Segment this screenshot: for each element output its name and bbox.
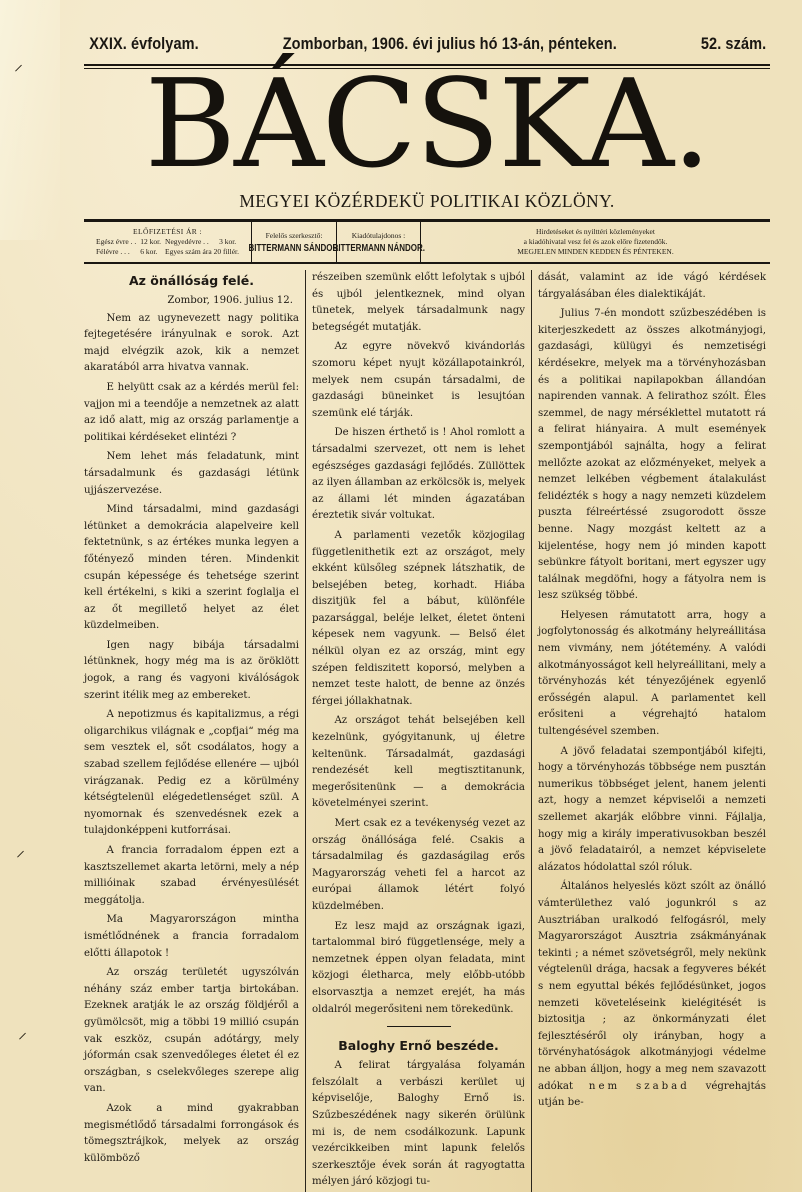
paragraph: A nepotizmus és kapitalizmus, a régi oli… <box>84 707 299 840</box>
masthead: BÁCSKA. <box>84 59 770 189</box>
editor-label: Felelős szerkesztő: <box>266 231 323 240</box>
article-body: Nem az ugynevezett nagy politika fejtege… <box>84 311 299 1168</box>
ads-line: a kiadóhivatal vesz fel és azok előre fi… <box>524 237 668 247</box>
paragraph: részeiben szemünk előtt lefolytak s ujbó… <box>312 270 525 336</box>
paragraph: A parlamenti vezetők közjogilag függetle… <box>312 528 525 711</box>
paragraph: Nem az ugynevezett nagy politika fejtege… <box>84 311 299 377</box>
article-continuation: részeiben szemünk előtt lefolytak s ujbó… <box>312 270 525 1018</box>
paragraph: A jövő feladatai szempontjából kifejti, … <box>538 744 766 877</box>
article-body: A felirat tárgyalása folyamán felszólalt… <box>312 1058 525 1191</box>
price-cell: Félévre . . . <box>94 247 138 257</box>
paragraph: Az ország területét ugyszólván néhány sz… <box>84 965 299 1098</box>
paragraph: De hiszen érthető is ! Ahol romlott a tá… <box>312 425 525 525</box>
article-columns: Az önállóság felé. Zombor, 1906. julius … <box>84 270 770 1192</box>
margin-tick-mark: ⸝ <box>18 1020 27 1044</box>
article-title: Baloghy Ernő beszéde. <box>312 1037 525 1055</box>
paragraph: Mind társadalmi, mind gazdasági létünket… <box>84 502 299 635</box>
article-dateline: Zombor, 1906. julius 12. <box>84 293 299 310</box>
issue-number: 52. szám. <box>701 30 766 58</box>
publisher-name: BITTERMANN NÁNDOR. <box>332 243 424 254</box>
publication-schedule: MEGJELEN MINDEN KEDDEN ÉS PÉNTEKEN. <box>517 247 673 257</box>
paper-fold-shadow <box>0 0 60 240</box>
paragraph: Julius 7-én mondott szűzbeszédében is ki… <box>538 306 766 605</box>
emphasized-text: nem szabad <box>573 1081 706 1092</box>
publisher-label: Kiadótulajdonos : <box>352 231 406 240</box>
price-cell: Egész évre . . <box>94 237 138 247</box>
price-cell: 6 kor. <box>138 247 163 257</box>
price-table: Egész évre . . 12 kor. Negyedévre . . 3 … <box>94 237 241 257</box>
paragraph: Nem lehet más feladatunk, mint társadalm… <box>84 449 299 499</box>
paragraph: A felirat tárgyalása folyamán felszólalt… <box>312 1058 525 1191</box>
ads-line: Hirdetéseket és nyilttéri közleményeket <box>536 227 655 237</box>
column-2: részeiben szemünk előtt lefolytak s ujbó… <box>305 270 531 1192</box>
publisher-info: Kiadótulajdonos : BITTERMANN NÁNDOR. <box>337 222 421 262</box>
paragraph: Általános helyeslés közt szólt az önálló… <box>538 879 766 1111</box>
subscription-heading: ELŐFIZETÉSI ÁR : <box>133 227 202 237</box>
paragraph: Mert csak ez a tevékenység vezet az orsz… <box>312 816 525 916</box>
paragraph: Azok a mind gyakrabban megismétlődő társ… <box>84 1101 299 1167</box>
article-separator <box>387 1026 451 1027</box>
price-cell: Negyedévre . . <box>163 237 217 247</box>
paragraph: Az egyre növekvő kivándorlás szomoru kép… <box>312 339 525 422</box>
article-continuation: dását, valamint az ide vágó kérdések tár… <box>538 270 766 1112</box>
paragraph: Helyesen rámutatott arra, hogy a jogfoly… <box>538 608 766 741</box>
column-1: Az önállóság felé. Zombor, 1906. julius … <box>84 270 305 1192</box>
advertising-info: Hirdetéseket és nyilttéri közleményeket … <box>421 222 770 262</box>
paragraph: dását, valamint az ide vágó kérdések tár… <box>538 270 766 303</box>
article-title: Az önállóság felé. <box>84 272 299 290</box>
paragraph: E helyütt csak az a kérdés merül fel: va… <box>84 380 299 446</box>
newspaper-page: XXIX. évfolyam. Zomborban, 1906. évi jul… <box>84 30 770 1192</box>
paragraph: Az országot tehát belsejében kell kezeln… <box>312 713 525 813</box>
editor-name: BITTERMANN SÁNDOR. <box>248 243 340 254</box>
column-3: dását, valamint az ide vágó kérdések tár… <box>531 270 766 1192</box>
price-cell: 12 kor. <box>138 237 163 247</box>
price-row: Félévre . . . 6 kor. Egyes szám ára 20 f… <box>94 247 241 257</box>
subscription-prices: ELŐFIZETÉSI ÁR : Egész évre . . 12 kor. … <box>84 222 252 262</box>
paragraph: Ez lesz majd az országnak igazi, tartalo… <box>312 919 525 1019</box>
paragraph: Igen nagy bibája társadalmi létünknek, h… <box>84 638 299 704</box>
newspaper-title: BÁCSKA. <box>77 59 777 189</box>
price-cell: Egyes szám ára 20 fillér. <box>163 247 241 257</box>
price-row: Egész évre . . 12 kor. Negyedévre . . 3 … <box>94 237 241 247</box>
margin-tick-mark: ⸝ <box>16 838 25 862</box>
price-cell: 3 kor. <box>217 237 241 247</box>
publication-info-bar: ELŐFIZETÉSI ÁR : Egész évre . . 12 kor. … <box>84 222 770 264</box>
editor-info: Felelős szerkesztő: BITTERMANN SÁNDOR. <box>252 222 337 262</box>
paragraph: A francia forradalom éppen ezt a kasztsz… <box>84 843 299 909</box>
margin-tick-mark: ⸝ <box>14 52 23 76</box>
paragraph: Ma Magyarországon mintha ismétlődnének a… <box>84 912 299 962</box>
